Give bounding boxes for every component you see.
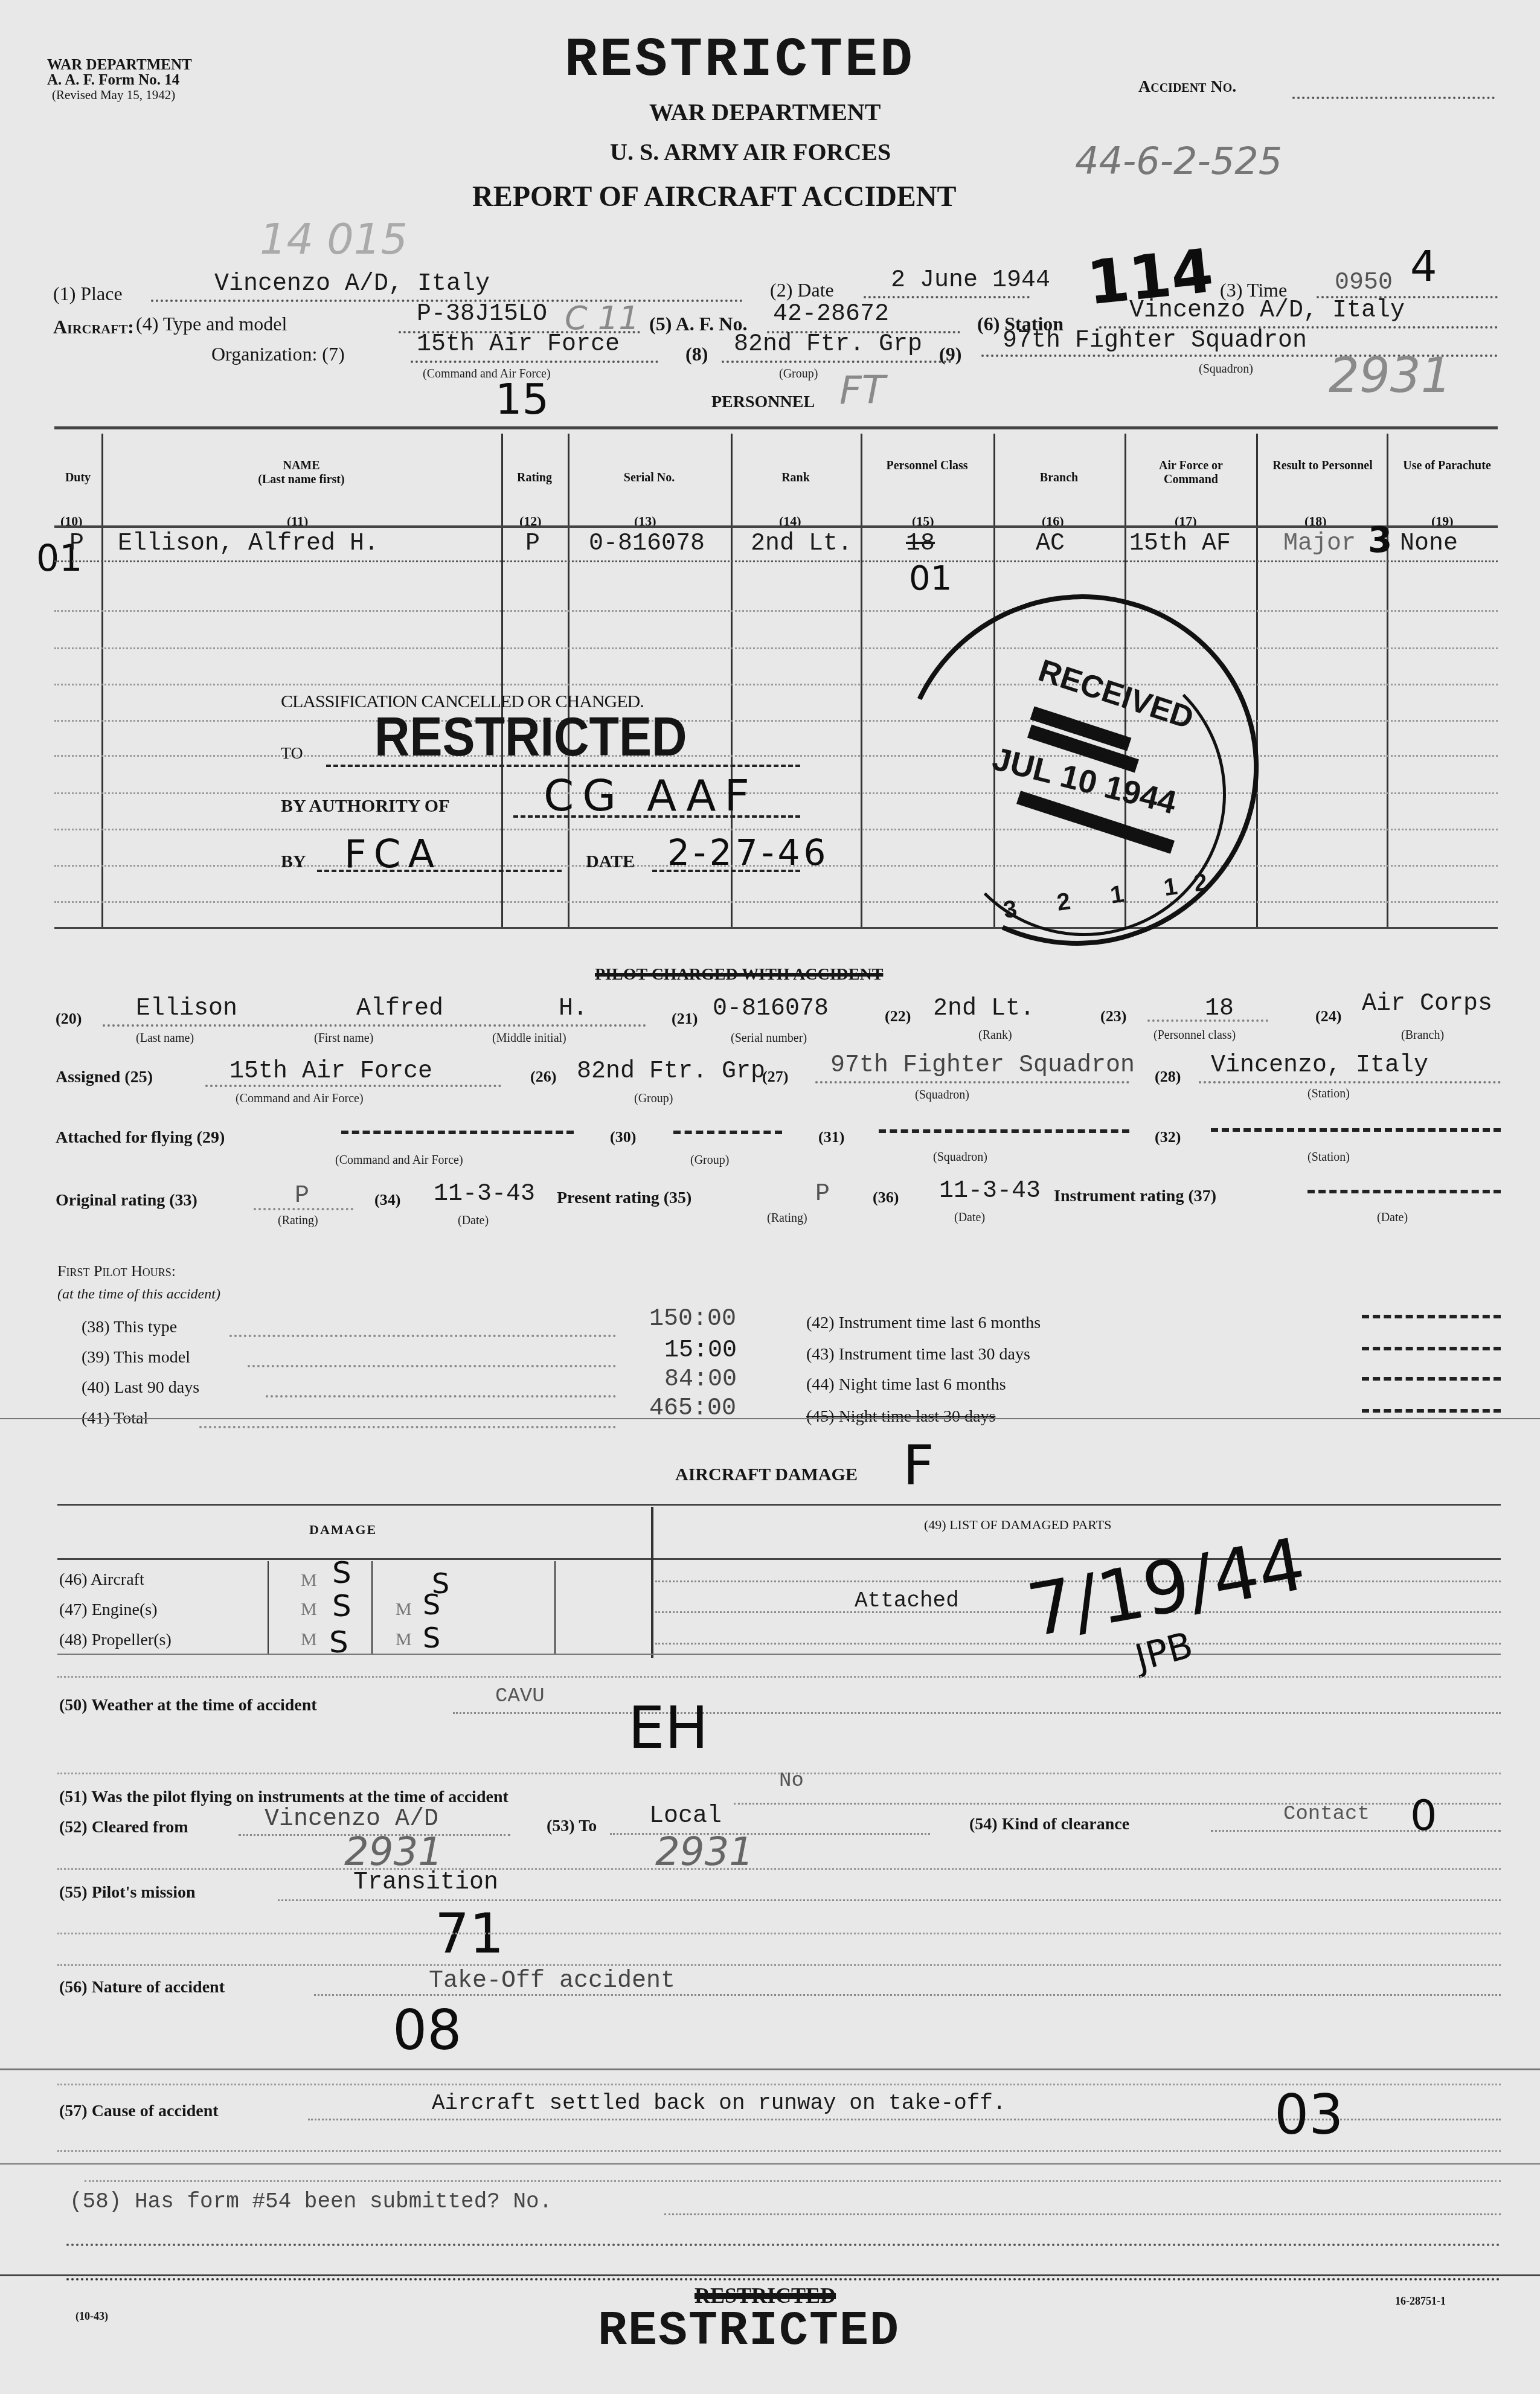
row-line (54, 720, 1498, 722)
hours-label: (39) This model (82, 1348, 190, 1367)
row-line (54, 792, 1498, 794)
squadron-value[interactable]: 97th Fighter Squadron (1003, 327, 1307, 355)
declass-to-line (326, 765, 800, 767)
organization-value[interactable]: 15th Air Force (417, 331, 620, 358)
attached-station-label: (32) (1155, 1128, 1181, 1146)
cell-air-force: 15th AF (1129, 530, 1231, 557)
group-caption: (Group) (779, 367, 818, 381)
row-line (54, 829, 1498, 830)
personnel-title: PERSONNEL (711, 393, 815, 412)
table-top-rule (54, 426, 1498, 429)
table-header-rule (54, 525, 1498, 528)
organization-label: Organization: (7) (211, 343, 345, 365)
date-label: (2) Date (770, 279, 834, 301)
hours-dots (248, 1365, 616, 1367)
damage-col2-handwritten: S (423, 1622, 440, 1654)
attached-group-caption: (Group) (690, 1154, 729, 1167)
pilot-field-24-label: (24) (1315, 1007, 1341, 1025)
nature-value[interactable]: Take-Off accident (429, 1968, 675, 1995)
assigned-command-caption: (Command and Air Force) (236, 1092, 364, 1106)
hours-label: (38) This type (82, 1318, 177, 1337)
cell-name: Ellison, Alfred H. (118, 530, 379, 557)
pilot-field-20-label: (20) (56, 1010, 82, 1028)
hours-label: (45) Night time last 30 days (806, 1407, 995, 1426)
weather-label: (50) Weather at the time of accident (59, 1696, 317, 1715)
declass-authority-value: CG AAF (544, 770, 758, 821)
col-divider (501, 434, 503, 929)
pilot-serial-caption: (Serial number) (731, 1032, 807, 1045)
table-bottom-rule (54, 927, 1498, 929)
hours-value-field[interactable] (1362, 1377, 1501, 1381)
damage-top-rule (57, 1504, 1501, 1506)
handwritten-2931-top: 2931 (1329, 347, 1452, 403)
weather-handwritten: EH (628, 1694, 708, 1762)
row-line (54, 755, 1498, 757)
declass-to-label: TO (281, 744, 303, 763)
station-value[interactable]: Vincenzo A/D, Italy (1129, 297, 1405, 324)
mission-underline (278, 1899, 1501, 1901)
row-line (54, 901, 1498, 903)
attached-label: Attached for flying (29) (56, 1128, 225, 1147)
clearance-underline (1211, 1830, 1501, 1832)
pilot-branch-caption: (Branch) (1401, 1029, 1444, 1042)
declass-by-line (317, 870, 562, 872)
pilot-first-name-caption: (First name) (314, 1032, 373, 1045)
damage-col1-handwritten: S (332, 1588, 351, 1623)
pilot-section-title: PILOT CHARGED WITH ACCIDENT (595, 965, 883, 984)
col-header-name: NAME (Last name first) (101, 459, 501, 487)
pilot-class-caption: (Personnel class) (1153, 1029, 1236, 1042)
damage-header: DAMAGE (309, 1522, 377, 1538)
hours-dots (199, 1426, 616, 1428)
hours-value[interactable]: 84:00 (664, 1366, 737, 1393)
pilot-branch[interactable]: Air Corps (1362, 990, 1492, 1018)
hours-label: (40) Last 90 days (82, 1378, 199, 1398)
hours-rule (0, 1418, 1540, 1419)
assigned-group[interactable]: 82nd Ftr. Grp (577, 1058, 765, 1085)
mission-label: (55) Pilot's mission (59, 1883, 196, 1902)
handwritten-file-number: 44-6-2-525 (1075, 139, 1282, 183)
row-line (54, 684, 1498, 685)
attached-squadron-label: (31) (818, 1128, 844, 1146)
form-id-line2: A. A. F. Form No. 14 (47, 72, 192, 88)
col-divider (568, 434, 569, 929)
page-title: REPORT OF AIRCRAFT ACCIDENT (472, 180, 957, 213)
damage-row-label: (48) Propeller(s) (59, 1631, 172, 1650)
damage-col-divider (554, 1561, 556, 1655)
cleared-from-label: (52) Cleared from (59, 1818, 188, 1837)
cell-rank: 2nd Lt. (751, 530, 852, 557)
damage-col1[interactable]: M (301, 1570, 317, 1591)
col-divider (1387, 434, 1388, 929)
handwritten-4: 4 (1410, 242, 1437, 291)
cause-value[interactable]: Aircraft settled back on runway on take-… (432, 2091, 1006, 2116)
pilot-last-name-caption: (Last name) (136, 1032, 194, 1045)
instruments-value[interactable]: No (779, 1770, 804, 1792)
details-line (57, 1676, 1501, 1678)
present-rating-caption: (Rating) (767, 1211, 807, 1225)
assigned-group-caption: (Group) (634, 1092, 673, 1106)
present-date-caption: (Date) (954, 1211, 985, 1225)
service: U. S. ARMY AIR FORCES (610, 138, 891, 166)
department: WAR DEPARTMENT (649, 98, 881, 126)
details-rule (0, 2163, 1540, 2165)
footer-rule (0, 2274, 1540, 2276)
assigned-squadron-label: (27) (762, 1068, 788, 1086)
col-header-air-force: Air Force or Command (1131, 459, 1251, 487)
col-header-serial: Serial No. (568, 471, 731, 485)
damage-col1[interactable]: M (301, 1599, 317, 1620)
form-identifier: WAR DEPARTMENT A. A. F. Form No. 14 (Rev… (47, 57, 192, 103)
attached-squadron-field[interactable] (879, 1129, 1129, 1133)
pilot-name-underline (103, 1024, 646, 1027)
assigned-label: Assigned (25) (56, 1068, 153, 1087)
assigned-squadron-underline (815, 1081, 1129, 1083)
cell-rating: P (525, 530, 540, 557)
handwritten-code-top: 14 015 (260, 214, 408, 264)
weather-underline (453, 1712, 1501, 1714)
declass-by-label: BY (281, 852, 306, 872)
to-value[interactable]: Local (649, 1803, 722, 1830)
cause-label: (57) Cause of accident (59, 2102, 219, 2121)
mission-value[interactable]: Transition (353, 1869, 498, 1896)
details-line (57, 2150, 1501, 2152)
accident-report-page: WAR DEPARTMENT A. A. F. Form No. 14 (Rev… (0, 0, 1540, 2394)
damage-grade-handwritten: F (903, 1434, 934, 1498)
original-rating-caption: (Rating) (278, 1214, 318, 1228)
cell-branch: AC (1036, 530, 1065, 557)
footer-left-code: (10-43) (75, 2310, 108, 2323)
row-line (54, 560, 1498, 562)
pilot-middle-caption: (Middle initial) (492, 1032, 566, 1045)
col-divider (101, 434, 103, 929)
af-no-label: (5) A. F. No. (649, 313, 747, 335)
col-header-parachute: Use of Parachute (1393, 459, 1501, 473)
place-value[interactable]: Vincenzo A/D, Italy (214, 271, 490, 298)
details-line (57, 1933, 1501, 1934)
assigned-station[interactable]: Vincenzo, Italy (1211, 1052, 1428, 1079)
col-divider (1256, 434, 1258, 929)
col-header-rank: Rank (731, 471, 861, 485)
to-label: (53) To (547, 1817, 597, 1836)
original-rating[interactable]: P (295, 1183, 309, 1210)
col-divider (861, 434, 862, 929)
footer-classification: RESTRICTED (598, 2304, 900, 2359)
details-line (66, 2244, 1501, 2246)
accident-no-label: Accident No. (1138, 77, 1236, 97)
place-label: (1) Place (53, 283, 123, 305)
declass-date-line (652, 870, 800, 872)
damage-row-label: (46) Aircraft (59, 1570, 144, 1590)
damage-title: AIRCRAFT DAMAGE (675, 1465, 858, 1485)
details-line (85, 2180, 1501, 2182)
present-date-label: (36) (873, 1189, 899, 1207)
pilot-first-name[interactable]: Alfred (356, 995, 443, 1022)
cell-personnel-class: 18 (906, 530, 935, 557)
pilot-rank[interactable]: 2nd Lt. (933, 995, 1035, 1022)
type-model-value[interactable]: P-38J15LO (417, 301, 547, 328)
cell-parachute: None (1400, 530, 1458, 557)
original-date-label: (34) (374, 1191, 400, 1209)
hours-label: (43) Instrument time last 30 days (806, 1345, 1030, 1364)
date-value[interactable]: 2 June 1944 (891, 267, 1050, 294)
instrument-rating-caption: (Date) (1377, 1211, 1408, 1225)
row-line (54, 610, 1498, 612)
assigned-station-caption: (Station) (1307, 1087, 1350, 1101)
col-header-branch: Branch (993, 471, 1125, 485)
cell-duty: P (69, 530, 84, 557)
cause-handwritten: 03 (1274, 2084, 1344, 2147)
accident-no-field[interactable] (1292, 97, 1495, 99)
attached-command-field[interactable] (341, 1131, 574, 1134)
weather-value[interactable]: CAVU (495, 1685, 545, 1708)
damage-row-label: (47) Engine(s) (59, 1600, 158, 1620)
group-value[interactable]: 82nd Ftr. Grp (734, 331, 922, 358)
damage-col-divider (371, 1561, 373, 1655)
details-line (57, 1964, 1501, 1966)
instruments-label: (51) Was the pilot flying on instruments… (59, 1788, 509, 1807)
declass-date-value: 2-27-46 (667, 832, 829, 873)
clearance-value[interactable]: Contact (1283, 1803, 1370, 1826)
pilot-field-21-label: (21) (672, 1010, 698, 1028)
damage-col2[interactable]: M (396, 1599, 412, 1620)
hours-value-field[interactable] (1362, 1347, 1501, 1350)
col-header-duty: Duty (54, 471, 101, 485)
col-header-result: Result to Personnel (1262, 459, 1383, 473)
details-rule (0, 2068, 1540, 2070)
attached-squadron-caption: (Squadron) (933, 1150, 987, 1164)
clearance-label: (54) Kind of clearance (969, 1815, 1129, 1834)
group-label: (8) (685, 343, 708, 365)
cleared-from-value[interactable]: Vincenzo A/D (265, 1806, 438, 1833)
declass-date-label: DATE (586, 852, 635, 872)
footer-right-code: 16-28751-1 (1395, 2295, 1446, 2308)
form-id-line3: (Revised May 15, 1942) (47, 88, 192, 103)
hours-value[interactable]: 15:00 (664, 1337, 737, 1364)
squadron-caption: (Squadron) (1199, 362, 1253, 376)
present-date[interactable]: 11-3-43 (939, 1178, 1041, 1205)
pilot-rank-caption: (Rank) (978, 1029, 1012, 1042)
squadron-label: (9) (939, 343, 961, 365)
af-no-value[interactable]: 42-28672 (773, 301, 889, 328)
instruments-underline (734, 1803, 1501, 1805)
assigned-command[interactable]: 15th Air Force (229, 1058, 432, 1085)
assigned-squadron[interactable]: 97th Fighter Squadron (830, 1052, 1135, 1079)
hours-title: First Pilot Hours: (57, 1262, 176, 1280)
assigned-group-label: (26) (530, 1068, 556, 1086)
hours-dots (266, 1395, 616, 1398)
handwritten-org-15: 15 (495, 374, 549, 424)
details-line (66, 2278, 1501, 2280)
handwritten-group-ft: FT (839, 368, 885, 413)
attached-group-field[interactable] (673, 1131, 782, 1134)
pilot-field-23-label: (23) (1100, 1007, 1126, 1025)
original-date-caption: (Date) (458, 1214, 489, 1228)
original-date[interactable]: 11-3-43 (434, 1181, 535, 1208)
attached-station-field[interactable] (1211, 1128, 1501, 1132)
pilot-personnel-class[interactable]: 18 (1205, 995, 1234, 1022)
nature-handwritten: 08 (393, 1999, 462, 2062)
personnel-class-handwritten: 01 (909, 559, 952, 598)
damage-col2[interactable]: M (396, 1629, 412, 1650)
organization-underline (411, 361, 658, 363)
form-id-line1: WAR DEPARTMENT (47, 57, 192, 72)
pilot-middle-initial[interactable]: H. (559, 995, 588, 1022)
col-header-rating: Rating (501, 471, 568, 485)
damage-col-divider (268, 1561, 269, 1655)
nature-label: (56) Nature of accident (59, 1978, 225, 1997)
clearance-handwritten: 0 (1410, 1791, 1437, 1840)
col-header-personnel-class: Personnel Class (873, 459, 981, 473)
cell-serial: 0-816078 (589, 530, 705, 557)
attached-station-caption: (Station) (1307, 1150, 1350, 1164)
group-underline (722, 361, 951, 363)
time-value[interactable]: 0950 (1335, 269, 1393, 297)
present-rating-label: Present rating (35) (557, 1189, 691, 1208)
damage-col1[interactable]: M (301, 1629, 317, 1650)
assigned-squadron-caption: (Squadron) (915, 1088, 969, 1102)
pilot-serial[interactable]: 0-816078 (713, 995, 829, 1022)
result-handwritten: 3 (1368, 519, 1392, 560)
form54-question[interactable]: (58) Has form #54 been submitted? No. (69, 2189, 552, 2214)
assigned-station-label: (28) (1155, 1068, 1181, 1086)
cell-result: Major (1283, 530, 1356, 557)
hours-subtitle: (at the time of this accident) (57, 1286, 220, 1303)
present-rating[interactable]: P (815, 1181, 830, 1208)
instrument-rating-field[interactable] (1307, 1190, 1501, 1193)
damage-col2-handwritten: S (423, 1588, 440, 1621)
declass-authority-line (513, 815, 800, 818)
date-underline (864, 296, 1030, 298)
aircraft-label: Aircraft: (53, 316, 134, 338)
pilot-field-22-label: (22) (885, 1007, 911, 1025)
hours-dots (229, 1335, 616, 1337)
attached-command-caption: (Command and Air Force) (335, 1154, 463, 1167)
original-rating-label: Original rating (33) (56, 1191, 197, 1210)
classification-top: RESTRICTED (565, 30, 915, 92)
declass-to-value: RESTRICTED (374, 707, 687, 769)
assigned-station-underline (1199, 1081, 1501, 1083)
hours-label: (44) Night time last 6 months (806, 1375, 1006, 1394)
hours-value[interactable]: 150:00 (649, 1306, 736, 1333)
declass-authority-label: BY AUTHORITY OF (281, 796, 449, 817)
damage-bottom-rule (57, 1654, 1501, 1655)
damage-divider (651, 1507, 653, 1658)
hours-label: (42) Instrument time last 6 months (806, 1314, 1041, 1333)
instrument-rating-label: Instrument rating (37) (1054, 1187, 1216, 1206)
hours-value-field[interactable] (1362, 1409, 1501, 1413)
damage-col1-handwritten: S (332, 1555, 351, 1590)
parts-header: (49) LIST OF DAMAGED PARTS (924, 1517, 1111, 1533)
details-line (57, 1868, 1501, 1870)
row-line (54, 647, 1498, 649)
form54-underline (664, 2213, 1501, 2215)
parts-value[interactable]: Attached (855, 1588, 959, 1613)
type-model-label: (4) Type and model (136, 313, 287, 335)
hours-value-field[interactable] (1362, 1315, 1501, 1318)
attached-group-label: (30) (610, 1128, 636, 1146)
pilot-last-name[interactable]: Ellison (136, 995, 237, 1022)
